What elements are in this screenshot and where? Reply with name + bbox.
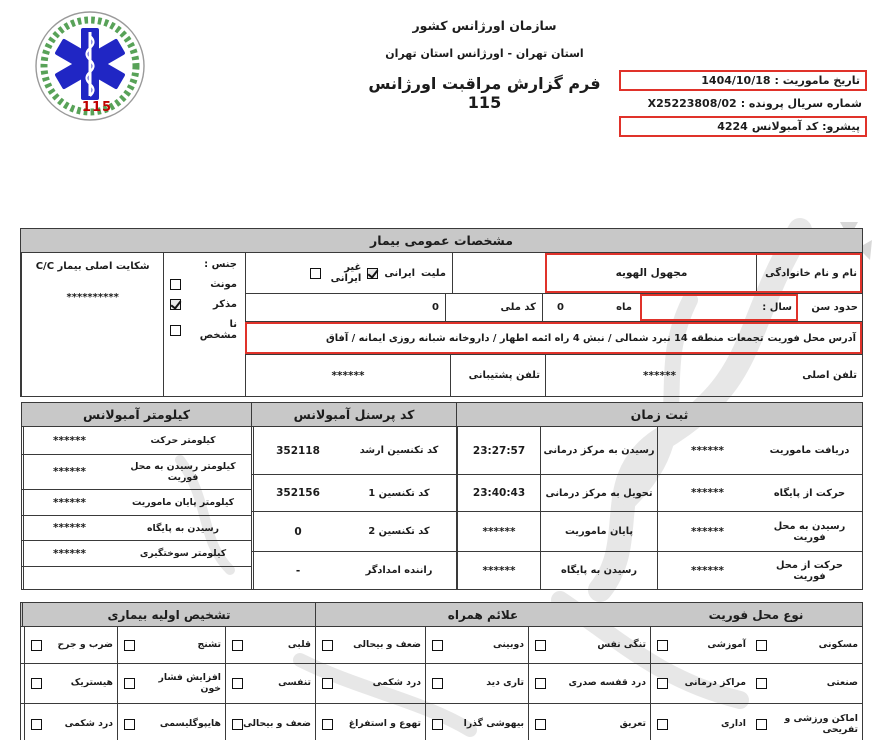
symptoms-title: علائم همراه bbox=[315, 603, 650, 626]
checkbox[interactable] bbox=[657, 719, 668, 730]
mission-meta: تاریخ ماموریت : 1404/10/18 شماره سریال پ… bbox=[619, 8, 867, 170]
mission-date-value: 1404/10/18 bbox=[701, 74, 770, 87]
checkbox[interactable] bbox=[535, 719, 546, 730]
personnel-label: کد تکنسین ارشد bbox=[342, 427, 456, 474]
diagnosis-item: تشنج bbox=[117, 627, 225, 663]
diagnosis-item: درد شکمی bbox=[24, 704, 117, 740]
symptom-item: دوبینی bbox=[425, 627, 528, 663]
time-value: ****** bbox=[457, 512, 540, 551]
location-type-item: اداری bbox=[650, 704, 750, 740]
national-id-value: 0 bbox=[245, 294, 445, 321]
phone-support-label: تلفن پشتیبانی bbox=[450, 355, 545, 396]
diagnosis-item: هایپوگلیسمی bbox=[117, 704, 225, 740]
case-serial-label: شماره سریال پرونده : bbox=[741, 97, 862, 110]
time-label: حرکت از محل فوریت bbox=[757, 552, 862, 589]
location-type-item: اماکن ورزشی و تفریحی bbox=[750, 704, 862, 740]
km-value bbox=[23, 567, 115, 589]
checkbox[interactable] bbox=[232, 678, 243, 689]
km-value: ****** bbox=[23, 516, 115, 540]
symptom-item: تعریق bbox=[528, 704, 650, 740]
time-label: حرکت از پایگاه bbox=[757, 475, 862, 511]
patient-section-title: مشخصات عمومی بیمار bbox=[21, 229, 862, 253]
symptom-item: تاری دید bbox=[425, 664, 528, 703]
gender-female-item: مونث bbox=[170, 279, 237, 290]
checkbox[interactable] bbox=[432, 640, 443, 651]
checkbox[interactable] bbox=[322, 678, 333, 689]
personnel-value: 352118 bbox=[253, 427, 342, 474]
nationality-label: ملیت bbox=[421, 268, 446, 279]
location-type-item: صنعتی bbox=[750, 664, 862, 703]
time-label: رسیدن به مرکز درمانی bbox=[540, 427, 657, 474]
patient-name-value: مجهول الهویه bbox=[547, 255, 756, 291]
km-label: کیلومتر حرکت bbox=[115, 427, 251, 454]
checkbox[interactable] bbox=[535, 678, 546, 689]
checkbox[interactable] bbox=[31, 678, 42, 689]
age-month-cell: ماه 0 bbox=[542, 294, 640, 321]
kilometer-table: کیلومتر آمبولانس کیلومتر حرکت ****** کیل… bbox=[21, 402, 251, 590]
logo-115-number: 115 bbox=[14, 100, 180, 115]
age-label: حدود سن bbox=[798, 294, 862, 321]
location-type-title: نوع محل فوریت bbox=[650, 603, 862, 626]
symptom-item: تهوع و استفراغ bbox=[315, 704, 425, 740]
time-value: ****** bbox=[657, 427, 757, 474]
complaint-label: شکایت اصلی بیمار C/C bbox=[36, 261, 150, 272]
symptom-item: درد قفسه صدری bbox=[528, 664, 650, 703]
age-year-highlight: سال : bbox=[640, 294, 798, 321]
time-label: پایان ماموریت bbox=[540, 512, 657, 551]
personnel-value: 0 bbox=[253, 512, 342, 551]
diagnosis-item: قلبی bbox=[225, 627, 315, 663]
checkbox[interactable] bbox=[535, 640, 546, 651]
personnel-label: کد تکنسین 1 bbox=[342, 475, 456, 511]
symptom-item: بیهوشی گذرا bbox=[425, 704, 528, 740]
mission-detail-tables: ثبت زمان دریافت ماموریت ****** رسیدن به … bbox=[20, 402, 863, 590]
checkbox[interactable] bbox=[657, 678, 668, 689]
gender-male-checkbox[interactable] bbox=[170, 299, 181, 310]
location-type-item: آموزشی bbox=[650, 627, 750, 663]
patient-name-label: نام و نام خانوادگی bbox=[756, 255, 860, 291]
gender-unknown-item: نا مشخص bbox=[170, 319, 237, 341]
gender-label: جنس : bbox=[170, 259, 237, 270]
gender-unknown-label: نا مشخص bbox=[197, 319, 237, 341]
complaint-value: ********** bbox=[67, 292, 119, 303]
time-value: 23:40:43 bbox=[457, 475, 540, 511]
mission-date-label: تاریخ ماموریت : bbox=[775, 74, 860, 87]
personnel-label: کد تکنسین 2 bbox=[342, 512, 456, 551]
gender-female-checkbox[interactable] bbox=[170, 279, 181, 290]
empty-cell bbox=[452, 253, 545, 293]
gender-male-item: مذکر bbox=[170, 299, 237, 310]
checkbox[interactable] bbox=[124, 719, 135, 730]
km-label: کیلومتر پایان ماموریت bbox=[115, 490, 251, 515]
km-label bbox=[115, 567, 251, 589]
nationality-iranian-label: ایرانی bbox=[384, 268, 415, 279]
km-label: رسیدن به پایگاه bbox=[115, 516, 251, 540]
time-label: رسیدن به محل فوریت bbox=[757, 512, 862, 551]
time-log-title: ثبت زمان bbox=[457, 403, 862, 427]
km-label: کیلومتر رسیدن به محل فوریت bbox=[115, 455, 251, 489]
form-titles: سازمان اورژانس کشور استان تهران - اورژان… bbox=[180, 8, 619, 170]
location-type-item: مسکونی bbox=[750, 627, 862, 663]
diagnosis-item: ضعف و بیحالی bbox=[225, 704, 315, 740]
nationality-iranian-checkbox[interactable] bbox=[367, 268, 378, 279]
diagnosis-item: ضرب و جرح bbox=[24, 627, 117, 663]
time-label: دریافت ماموریت bbox=[757, 427, 862, 474]
pioneer-label: پیشرو: کد آمبولانس bbox=[752, 120, 860, 133]
checkbox[interactable] bbox=[124, 678, 135, 689]
case-serial-value: X25223808/02 bbox=[648, 97, 737, 110]
symptom-item: درد شکمی bbox=[315, 664, 425, 703]
phone-main-label: تلفن اصلی bbox=[773, 355, 862, 396]
mission-date-box: تاریخ ماموریت : 1404/10/18 bbox=[619, 70, 867, 91]
gender-unknown-checkbox[interactable] bbox=[170, 325, 181, 336]
time-value: ****** bbox=[457, 552, 540, 589]
nationality-non-iranian-checkbox[interactable] bbox=[310, 268, 321, 279]
form-title: فرم گزارش مراقبت اورژانس 115 bbox=[350, 74, 619, 112]
time-value: ****** bbox=[657, 475, 757, 511]
kilometer-title: کیلومتر آمبولانس bbox=[22, 403, 251, 427]
age-year-label: سال : bbox=[762, 302, 792, 313]
km-value: ****** bbox=[23, 455, 115, 489]
km-value: ****** bbox=[23, 490, 115, 515]
checkbox[interactable] bbox=[322, 719, 333, 730]
patient-info-table: مشخصات عمومی بیمار نام و نام خانوادگی مج… bbox=[20, 228, 863, 397]
personnel-label: راننده امدادگر bbox=[342, 552, 456, 589]
diagnosis-item: تنفسی bbox=[225, 664, 315, 703]
gender-male-label: مذکر bbox=[213, 299, 237, 310]
complaint-column: شکایت اصلی بیمار C/C ********** bbox=[21, 253, 163, 396]
time-value: ****** bbox=[657, 552, 757, 589]
diagnosis-item: هیستریک bbox=[24, 664, 117, 703]
checkbox[interactable] bbox=[657, 640, 668, 651]
time-label: رسیدن به پایگاه bbox=[540, 552, 657, 589]
km-label: کیلومتر سوختگیری bbox=[115, 541, 251, 566]
km-value: ****** bbox=[23, 541, 115, 566]
org-name: سازمان اورژانس کشور bbox=[350, 18, 619, 33]
pioneer-ambulance-box: پیشرو: کد آمبولانس 4224 bbox=[619, 116, 867, 137]
address-label: آدرس محل فوریت bbox=[764, 333, 860, 344]
time-value: 23:27:57 bbox=[457, 427, 540, 474]
address-value: تجمعات منطقه 14 نبرد شمالی / نبش 4 راه ا… bbox=[247, 333, 764, 344]
location-type-item: مراکز درمانی bbox=[650, 664, 750, 703]
personnel-value: 352156 bbox=[253, 475, 342, 511]
national-id-label: کد ملی bbox=[445, 294, 542, 321]
time-value: ****** bbox=[657, 512, 757, 551]
checkbox[interactable] bbox=[432, 678, 443, 689]
phone-main-value: ****** bbox=[545, 355, 773, 396]
gender-column: جنس : مونث مذکر نا مشخص bbox=[163, 253, 245, 396]
emergency-address-highlight: آدرس محل فوریت تجمعات منطقه 14 نبرد شمال… bbox=[245, 322, 862, 354]
checkbox[interactable] bbox=[232, 719, 243, 730]
checkbox[interactable] bbox=[432, 719, 443, 730]
checkbox[interactable] bbox=[756, 678, 767, 689]
ems-logo: 115 bbox=[0, 8, 180, 170]
checkbox[interactable] bbox=[756, 640, 767, 651]
age-month-value: 0 bbox=[557, 302, 564, 313]
nationality-non-iranian-label: غیر ایرانی bbox=[327, 262, 361, 284]
checkbox[interactable] bbox=[31, 640, 42, 651]
symptom-item: تنگی نفس bbox=[528, 627, 650, 663]
time-log-table: ثبت زمان دریافت ماموریت ****** رسیدن به … bbox=[456, 402, 863, 590]
checklist-section: نوع محل فوریت علائم همراه تشخیص اولیه بی… bbox=[20, 602, 863, 740]
checkbox[interactable] bbox=[756, 719, 767, 730]
case-serial-row: شماره سریال پرونده : X25223808/02 bbox=[619, 95, 867, 112]
diagnosis-title: تشخیص اولیه بیماری bbox=[22, 603, 315, 626]
patient-name-highlight: نام و نام خانوادگی مجهول الهویه bbox=[545, 253, 862, 293]
personnel-title: کد پرسنل آمبولانس bbox=[252, 403, 456, 427]
province-line: استان تهران - اورژانس استان تهران bbox=[350, 47, 619, 60]
checkbox[interactable] bbox=[31, 719, 42, 730]
phone-support-value: ****** bbox=[245, 355, 450, 396]
personnel-value: - bbox=[253, 552, 342, 589]
symptom-item: ضعف و بیحالی bbox=[315, 627, 425, 663]
time-label: تحویل به مرکز درمانی bbox=[540, 475, 657, 511]
gender-female-label: مونث bbox=[210, 279, 237, 290]
nationality-cell: ملیت ایرانی غیر ایرانی bbox=[245, 253, 452, 293]
checkbox[interactable] bbox=[232, 640, 243, 651]
age-month-label: ماه bbox=[616, 302, 632, 313]
diagnosis-item: افزایش فشار خون bbox=[117, 664, 225, 703]
checkbox[interactable] bbox=[322, 640, 333, 651]
checkbox[interactable] bbox=[124, 640, 135, 651]
km-value: ****** bbox=[23, 427, 115, 454]
form-header: تاریخ ماموریت : 1404/10/18 شماره سریال پ… bbox=[0, 0, 883, 170]
pioneer-value: 4224 bbox=[717, 120, 748, 133]
personnel-code-table: کد پرسنل آمبولانس کد تکنسین ارشد 352118 … bbox=[251, 402, 456, 590]
